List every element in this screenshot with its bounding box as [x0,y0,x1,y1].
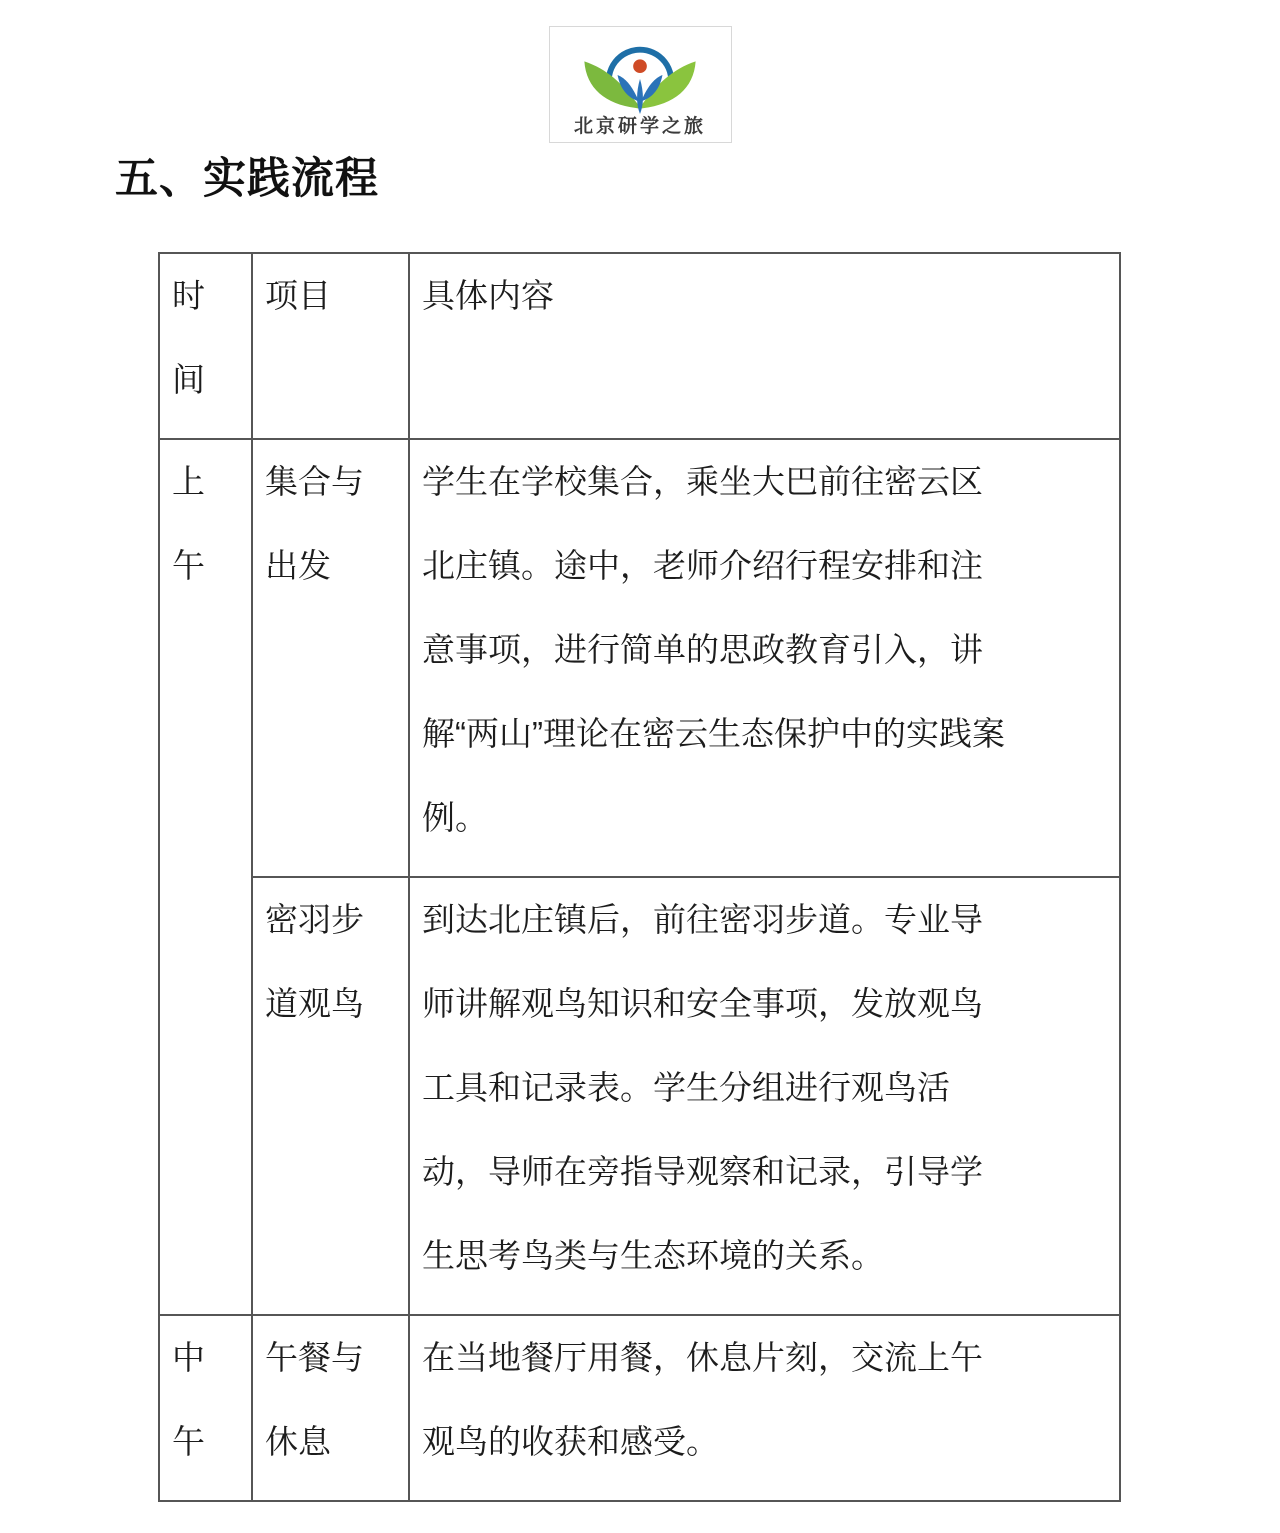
table-row-morning-birdwatching: 密羽步 道观鸟 到达北庄镇后，前往密羽步道。专业导 师讲解观鸟知识和安全事项，发… [159,877,1120,1315]
cell-content-birdwatching: 到达北庄镇后，前往密羽步道。专业导 师讲解观鸟知识和安全事项，发放观鸟 工具和记… [409,877,1120,1315]
schedule-table: 时 间 项目 具体内容 上 午 集合与 出发 学生在学校集合，乘坐大巴前往密云区… [158,252,1121,1502]
cell-time-noon: 中 午 [159,1315,252,1501]
header-cell-project: 项目 [252,253,409,439]
cell-project-lunch: 午餐与 休息 [252,1315,409,1501]
table-row-morning-departure: 上 午 集合与 出发 学生在学校集合，乘坐大巴前往密云区 北庄镇。途中，老师介绍… [159,439,1120,877]
header-cell-content: 具体内容 [409,253,1120,439]
table-row-noon-lunch: 中 午 午餐与 休息 在当地餐厅用餐，休息片刻，交流上午 观鸟的收获和感受。 [159,1315,1120,1501]
cell-project-birdwatching: 密羽步 道观鸟 [252,877,409,1315]
logo-figure-body-shape [637,78,643,113]
cell-content-departure: 学生在学校集合，乘坐大巴前往密云区 北庄镇。途中，老师介绍行程安排和注 意事项，… [409,439,1120,877]
cell-content-lunch: 在当地餐厅用餐，休息片刻，交流上午 观鸟的收获和感受。 [409,1315,1120,1501]
cell-project-departure: 集合与 出发 [252,439,409,877]
header-cell-time: 时 间 [159,253,252,439]
logo-caption: 北京研学之旅 [574,117,706,136]
section-heading: 五、实践流程 [115,155,1280,204]
cell-time-morning: 上 午 [159,439,252,1315]
study-tour-logo-icon [575,34,705,116]
table-header-row: 时 间 项目 具体内容 [159,253,1120,439]
logo-card: 北京研学之旅 [549,26,732,143]
logo-sun-dot-shape [633,59,647,73]
